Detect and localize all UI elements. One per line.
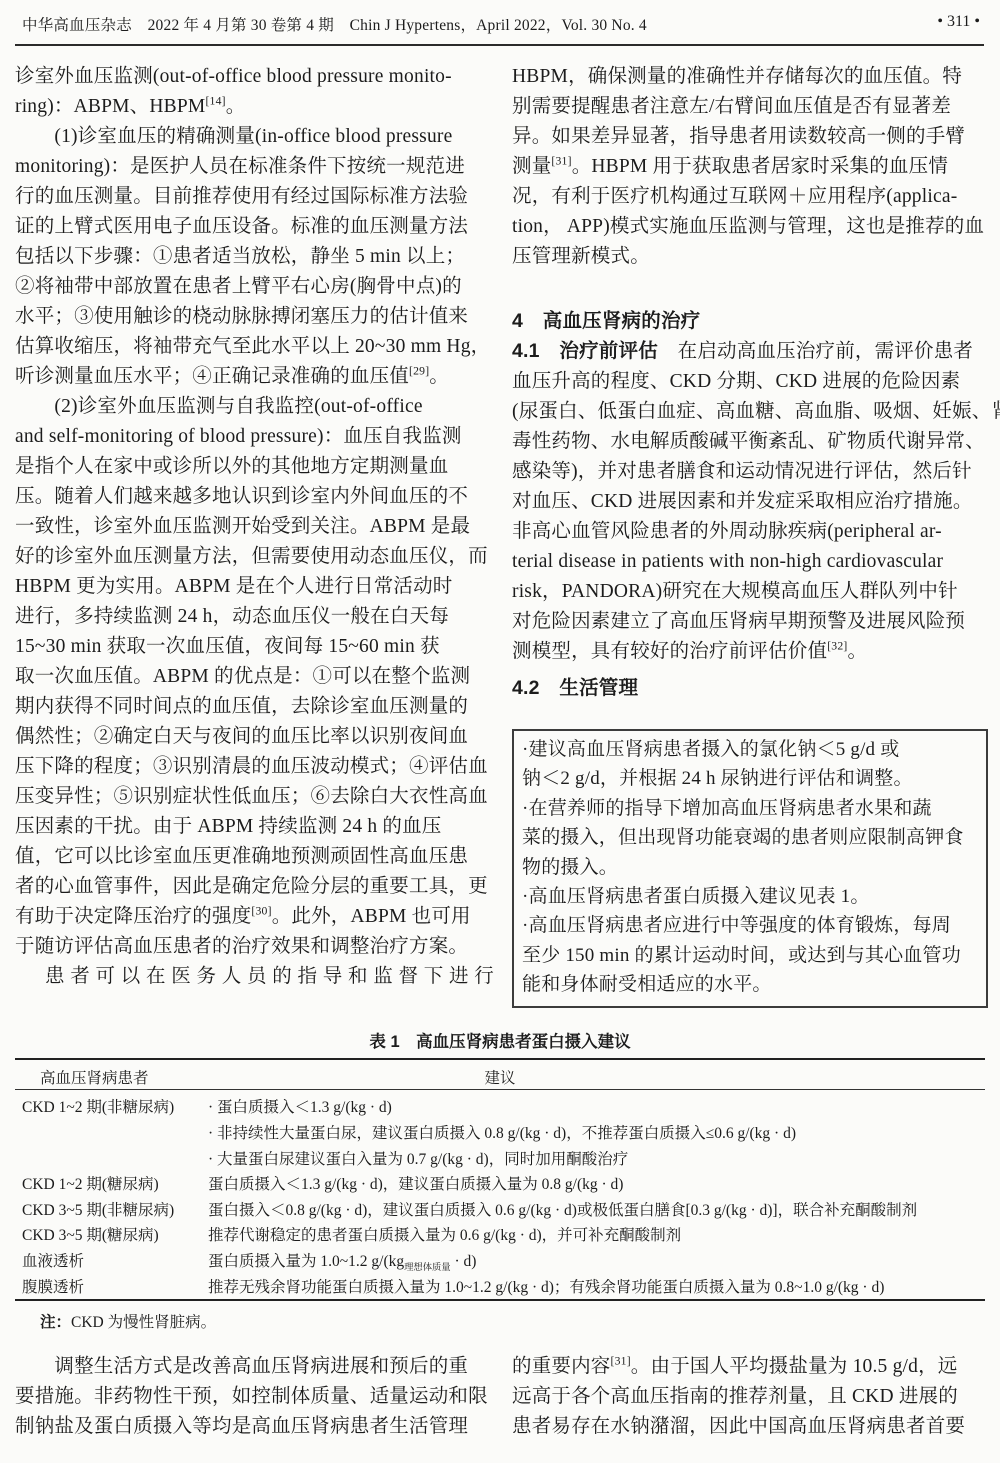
text-line: 有助于决定降压治疗的强度[30]。此外，ABPM 也可用	[15, 902, 494, 932]
text-line: 远高于各个高血压指南的推荐剂量，且 CKD 进展的	[512, 1382, 988, 1412]
section-heading-4-1-line: 4.1 治疗前评估 在启动高血压治疗前，需评价患者	[512, 336, 988, 367]
text-line: HBPM 更为实用。ABPM 是在个人进行日常活动时	[15, 572, 494, 602]
text-line: 别需要提醒患者注意左/右臂间血压值是否有显著差	[512, 92, 988, 122]
table-cell-patient-group: 腹膜透析	[22, 1275, 84, 1297]
section-heading-4-2: 4.2 生活管理	[512, 673, 988, 703]
text-line: 估算收缩压，将袖带充气至此水平以上 20~30 mm Hg，	[15, 332, 494, 362]
table-row: CKD 1~2 期(糖尿病)蛋白质摄入＜1.3 g/(kg · d)，建议蛋白质…	[15, 1167, 985, 1193]
section-heading-4-1: 4.1 治疗前评估	[512, 340, 658, 362]
text-line: HBPM，确保测量的准确性并存储每次的血压值。特	[512, 62, 988, 92]
table-cell-patient-group: CKD 1~2 期(糖尿病)	[22, 1172, 159, 1194]
text-line: 感染等)，并对患者膳食和运动情况进行评估，然后针	[512, 457, 988, 487]
table-row: · 非持续性大量蛋白尿，建议蛋白质摄入 0.8 g/(kg · d)，不推荐蛋白…	[15, 1116, 985, 1142]
text-line: 好的诊室外血压测量方法，但需要使用动态血压仪，而	[15, 542, 494, 572]
bottom-right-lines: 的重要内容[31]。由于国人平均摄盐量为 10.5 g/d，远远高于各个高血压指…	[512, 1352, 988, 1442]
text-line: ring)：ABPM、HBPM[14]。	[15, 92, 494, 122]
recommendation-lines: ·建议高血压肾病患者摄入的氯化钠＜5 g/d 或钠＜2 g/d，并根据 24 h…	[522, 735, 978, 1000]
table-note-text: CKD 为慢性肾脏病。	[71, 1314, 216, 1331]
left-column-lines: 诊室外血压监测(out-of-office blood pressure mon…	[15, 62, 494, 962]
page-number: • 311 •	[937, 13, 980, 31]
text-line: 取一次血压值。ABPM 的优点是：①可以在整个监测	[15, 662, 494, 692]
text-line: 一致性，诊室外血压监测开始受到关注。ABPM 是最	[15, 512, 494, 542]
text-line: 行的血压测量。目前推荐使用有经过国际标准方法验	[15, 182, 494, 212]
bottom-right-column: 的重要内容[31]。由于国人平均摄盐量为 10.5 g/d，远远高于各个高血压指…	[512, 1352, 988, 1442]
right-paragraph-1: HBPM，确保测量的准确性并存储每次的血压值。特别需要提醒患者注意左/右臂间血压…	[512, 62, 988, 272]
table-1: 表 1 高血压肾病患者蛋白摄入建议 高血压肾病患者 建议 CKD 1~2 期(非…	[15, 1030, 985, 1332]
text-line: 测量[31]。HBPM 用于获取患者居家时采集的血压情	[512, 152, 988, 182]
text-line: 患者易存在水钠潴溜，因此中国高血压肾病患者首要	[512, 1412, 988, 1442]
table-header-recommendation: 建议	[484, 1066, 515, 1088]
text-line: 15~30 min 获取一次血压值，夜间每 15~60 min 获	[15, 632, 494, 662]
text-line: 压。随着人们越来越多地认识到诊室内外间血压的不	[15, 482, 494, 512]
text-line: 压因素的干扰。由于 ABPM 持续监测 24 h 的血压	[15, 812, 494, 842]
table-cell-recommendation: · 非持续性大量蛋白尿，建议蛋白质摄入 0.8 g/(kg · d)，不推荐蛋白…	[208, 1121, 984, 1143]
text-line: ②将袖带中部放置在患者上臂平右心房(胸骨中点)的	[15, 272, 494, 302]
recommendation-line: ·建议高血压肾病患者摄入的氯化钠＜5 g/d 或	[522, 735, 978, 764]
table-cell-recommendation: · 蛋白质摄入＜1.3 g/(kg · d)	[208, 1095, 984, 1117]
bottom-left-column: 调整生活方式是改善高血压肾病进展和预后的重要措施。非药物性干预，如控制体质量、适…	[15, 1352, 494, 1442]
text-line: 偶然性；②确定白天与夜间的血压比率以识别夜间血	[15, 722, 494, 752]
text-line: 压变异性；⑤识别症状性低血压；⑥去除白大衣性高血	[15, 782, 494, 812]
journal-header-info: 中华高血压杂志 2022 年 4 月第 30 卷第 4 期 Chin J Hyp…	[22, 13, 647, 35]
section-4-1-body: 血压升高的程度、CKD 分期、CKD 进展的危险因素(尿蛋白、低蛋白血症、高血糖…	[512, 367, 988, 667]
text-line: 期内获得不同时间点的血压值，去除诊室血压测量的	[15, 692, 494, 722]
recommendation-line: ·在营养师的指导下增加高血压肾病患者水果和蔬	[522, 794, 978, 823]
text-line: terial disease in patients with non-high…	[512, 547, 988, 577]
table-header-patient-group: 高血压肾病患者	[40, 1066, 149, 1088]
table-note-label: 注：	[40, 1314, 71, 1331]
text-line: 于随访评估高血压患者的治疗效果和调整治疗方案。	[15, 932, 494, 962]
text-line: tion， APP)模式实施血压监测与管理，这也是推荐的血	[512, 212, 988, 242]
table-cell-patient-group: 血液透析	[22, 1249, 84, 1271]
text-line: 压管理新模式。	[512, 242, 988, 272]
table-cell-recommendation: 蛋白摄入＜0.8 g/(kg · d)，建议蛋白质摄入 0.6 g/(kg · …	[208, 1198, 984, 1220]
recommendation-line: 钠＜2 g/d，并根据 24 h 尿钠进行评估和调整。	[522, 764, 978, 793]
recommendation-line: ·高血压肾病患者蛋白质摄入建议见表 1。	[522, 882, 978, 911]
text-line: 诊室外血压监测(out-of-office blood pressure mon…	[15, 62, 494, 92]
table-note: 注：CKD 为慢性肾脏病。	[15, 1310, 985, 1332]
table-body: CKD 1~2 期(非糖尿病)· 蛋白质摄入＜1.3 g/(kg · d)· 非…	[15, 1090, 985, 1295]
recommendation-line: 菜的摄入，但出现肾功能衰竭的患者则应限制高钾食	[522, 823, 978, 852]
text-line: 压下降的程度；③识别清晨的血压波动模式；④评估血	[15, 752, 494, 782]
text-line: 测模型，具有较好的治疗前评估价值[32]。	[512, 637, 988, 667]
text-line: 对危险因素建立了高血压肾病早期预警及进展风险预	[512, 607, 988, 637]
table-cell-recommendation: 蛋白质摄入＜1.3 g/(kg · d)，建议蛋白质摄入量为 0.8 g/(kg…	[208, 1172, 984, 1194]
header-divider	[15, 44, 984, 46]
text-line: 患者可以在医务人员的指导和监督下进行	[15, 962, 494, 992]
text-line: 况，有利于医疗机构通过互联网＋应用程序(applica-	[512, 182, 988, 212]
right-column: HBPM，确保测量的准确性并存储每次的血压值。特别需要提醒患者注意左/右臂间血压…	[512, 62, 988, 1008]
text-line: 要措施。非药物性干预，如控制体质量、适量运动和限	[15, 1382, 494, 1412]
table-row: · 大量蛋白尿建议蛋白入量为 0.7 g/(kg · d)，同时加用酮酸治疗	[15, 1142, 985, 1168]
text-line: 在启动高血压治疗前，需评价患者	[658, 341, 973, 362]
table-bottom-rule	[15, 1299, 985, 1301]
text-line: 者的心血管事件，因此是确定危险分层的重要工具，更	[15, 872, 494, 902]
table-cell-recommendation: 推荐无残余肾功能蛋白质摄入量为 1.0~1.2 g/(kg · d)；有残余肾功…	[208, 1275, 984, 1297]
text-line: and self-monitoring of blood pressure)：血…	[15, 422, 494, 452]
left-column: 诊室外血压监测(out-of-office blood pressure mon…	[15, 62, 494, 992]
table-cell-patient-group: CKD 1~2 期(非糖尿病)	[22, 1095, 174, 1117]
text-line: 值，它可以比诊室血压更准确地预测顽固性高血压患	[15, 842, 494, 872]
section-heading-4: 4 高血压肾病的治疗	[512, 306, 988, 336]
bottom-left-lines: 调整生活方式是改善高血压肾病进展和预后的重要措施。非药物性干预，如控制体质量、适…	[15, 1352, 494, 1442]
table-row: CKD 3~5 期(糖尿病)推荐代谢稳定的患者蛋白质摄入量为 0.6 g/(kg…	[15, 1218, 985, 1244]
text-line: monitoring)：是医护人员在标准条件下按统一规范进	[15, 152, 494, 182]
table-row: 腹膜透析推荐无残余肾功能蛋白质摄入量为 1.0~1.2 g/(kg · d)；有…	[15, 1270, 985, 1296]
table-cell-recommendation: 推荐代谢稳定的患者蛋白质摄入量为 0.6 g/(kg · d)，并可补充酮酸制剂	[208, 1223, 984, 1245]
table-cell-patient-group: CKD 3~5 期(非糖尿病)	[22, 1198, 174, 1220]
text-line: 进行，多持续监测 24 h，动态血压仪一般在白天每	[15, 602, 494, 632]
table-cell-recommendation: 蛋白质摄入量为 1.0~1.2 g/(kg理想体质量 · d)	[208, 1249, 984, 1271]
table-caption: 表 1 高血压肾病患者蛋白摄入建议	[15, 1030, 985, 1054]
text-line: 的重要内容[31]。由于国人平均摄盐量为 10.5 g/d，远	[512, 1352, 988, 1382]
recommendation-line: ·高血压肾病患者应进行中等强度的体育锻炼，每周	[522, 911, 978, 940]
text-line: 血压升高的程度、CKD 分期、CKD 进展的危险因素	[512, 367, 988, 397]
table-cell-patient-group: CKD 3~5 期(糖尿病)	[22, 1223, 159, 1245]
text-line: 对血压、CKD 进展因素和并发症采取相应治疗措施。	[512, 487, 988, 517]
text-line: 包括以下步骤：①患者适当放松，静坐 5 min 以上；	[15, 242, 494, 272]
text-line: 听诊测量血压水平；④正确记录准确的血压值[29]。	[15, 362, 494, 392]
table-row: CKD 1~2 期(非糖尿病)· 蛋白质摄入＜1.3 g/(kg · d)	[15, 1090, 985, 1116]
text-line: 水平；③使用触诊的桡动脉脉搏闭塞压力的估计值来	[15, 302, 494, 332]
text-line: 毒性药物、水电解质酸碱平衡紊乱、矿物质代谢异常、	[512, 427, 988, 457]
text-line: (2)诊室外血压监测与自我监控(out-of-office	[15, 392, 494, 422]
recommendation-line: 物的摄入。	[522, 853, 978, 882]
text-line: risk，PANDORA)研究在大规模高血压人群队列中针	[512, 577, 988, 607]
text-line: 证的上臂式医用电子血压设备。标准的血压测量方法	[15, 212, 494, 242]
journal-page: 中华高血压杂志 2022 年 4 月第 30 卷第 4 期 Chin J Hyp…	[0, 0, 1000, 1463]
table-cell-recommendation: · 大量蛋白尿建议蛋白入量为 0.7 g/(kg · d)，同时加用酮酸治疗	[208, 1147, 984, 1169]
text-line: 异。如果差异显著，指导患者用读数较高一侧的手臂	[512, 122, 988, 152]
table-header-row: 高血压肾病患者 建议	[15, 1060, 985, 1089]
recommendation-line: 能和身体耐受相适应的水平。	[522, 970, 978, 999]
text-line: (1)诊室血压的精确测量(in-office blood pressure	[15, 122, 494, 152]
table-row: CKD 3~5 期(非糖尿病)蛋白摄入＜0.8 g/(kg · d)，建议蛋白质…	[15, 1193, 985, 1219]
recommendation-line: 至少 150 min 的累计运动时间，或达到与其心血管功	[522, 941, 978, 970]
text-line: 是指个人在家中或诊所以外的其他地方定期测量血	[15, 452, 494, 482]
text-line: 非高心血管风险患者的外周动脉疾病(peripheral ar-	[512, 517, 988, 547]
table-row: 血液透析蛋白质摄入量为 1.0~1.2 g/(kg理想体质量 · d)	[15, 1244, 985, 1270]
text-line: 调整生活方式是改善高血压肾病进展和预后的重	[15, 1352, 494, 1382]
text-line: (尿蛋白、低蛋白血症、高血糖、高血脂、吸烟、妊娠、肾	[512, 397, 988, 427]
text-line: 制钠盐及蛋白质摄入等均是高血压肾病患者生活管理	[15, 1412, 494, 1442]
recommendation-box: ·建议高血压肾病患者摄入的氯化钠＜5 g/d 或钠＜2 g/d，并根据 24 h…	[512, 729, 988, 1008]
